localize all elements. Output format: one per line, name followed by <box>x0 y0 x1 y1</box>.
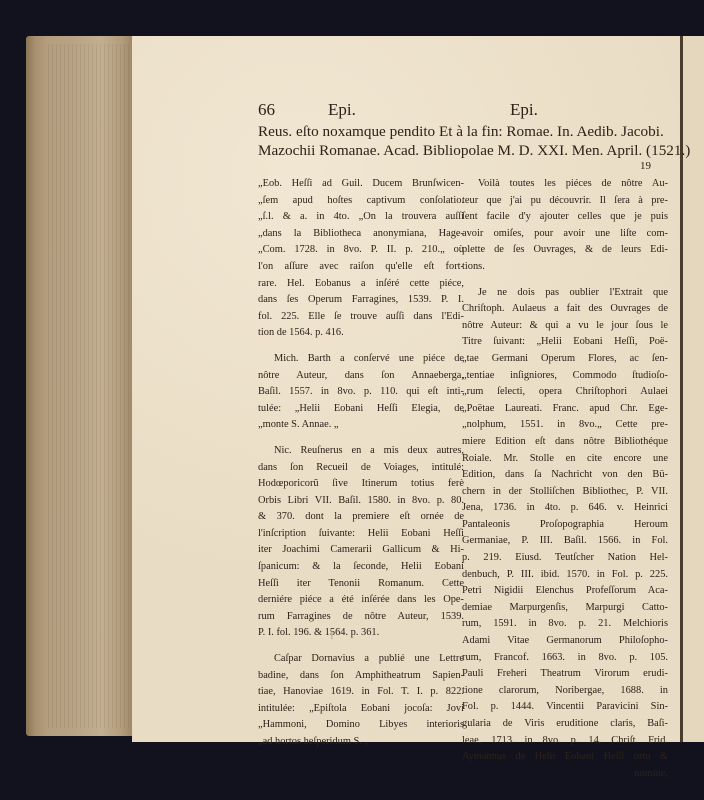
paragraph: Voilà toutes les piéces de nôtre Au- teu… <box>462 176 668 276</box>
text-line: tulée: „Helii Eobani Heſſi Elegia, de <box>258 401 464 418</box>
text-line: ſent facile d'y ajouter celles que je pu… <box>462 209 668 226</box>
text-line: Aymannus de Helii Eobani Heſſi ortu & <box>462 749 668 766</box>
text-line: teur que j'ai pu découvrir. Il ſera à pr… <box>462 193 668 210</box>
text-line: chern in der Stolliſchen Bibliothec, P. … <box>462 484 668 501</box>
text-line: tione clarorum, Noribergae, 1688. in <box>462 683 668 700</box>
text-line: demiae Marpurgenſis, Marpurgi Catto- <box>462 600 668 617</box>
text-line: Orbis Libri VII. Baſil. 1580. in 8vo. p.… <box>258 493 464 510</box>
text-line: Nic. Reuſnerus en a mis deux autres, <box>258 443 464 460</box>
intro-line: Mazochii Romanae. Acad. Bibliopolae M. D… <box>258 141 678 160</box>
text-line: Pantaleonis Proſopographia Heroum <box>462 517 668 534</box>
text-line: Chriſtoph. Aulaeus a fait des Ouvrages d… <box>462 301 668 318</box>
signature-mark: I <box>330 630 334 642</box>
running-header: 66 Epi. Epi. <box>258 100 678 120</box>
text-line: l'on aſſure avec raiſon qu'elle eſt fort… <box>258 259 464 276</box>
text-line: „monte S. Annae. „ <box>258 417 464 434</box>
text-line: rum, Francof. 1663. in 8vo. p. 105. <box>462 650 668 667</box>
text-line: derniére piéce a été inſérée dans les Op… <box>258 592 464 609</box>
text-line: „ſ.l. & a. in 4to. „On la trouvera auſſi <box>258 209 464 226</box>
text-line: Caſpar Dornavius a publié une Lettre <box>258 651 464 668</box>
text-line: denbuch, P. III. ibid. 1570. in Fol. p. … <box>462 567 668 584</box>
text-line: Adami Vitae Germanorum Philoſopho- <box>462 633 668 650</box>
text-line: Pauli Freheri Theatrum Virorum erudi- <box>462 666 668 683</box>
text-line: „Hammoni, Domino Libyes interioris <box>258 717 464 734</box>
text-line: fol. 225. Elle ſe trouve auſſi dans l'Ed… <box>258 309 464 326</box>
text-line: „tae Germani Operum Flores, ac ſen- <box>462 351 668 368</box>
running-head-right: Epi. <box>510 100 538 120</box>
text-line: „Eob. Heſſi ad Guil. Ducem Brunſwicen- <box>258 176 464 193</box>
text-line: & 370. dont la premiere eſt ornée de <box>258 509 464 526</box>
text-line: Titre ſuivant: „Helii Eobani Heſſi, Poë- <box>462 334 668 351</box>
paragraph: Caſpar Dornavius a publié une Lettre bad… <box>258 651 464 751</box>
paragraph: „Eob. Heſſi ad Guil. Ducem Brunſwicen- „… <box>258 176 464 342</box>
right-column: Voilà toutes les piéces de nôtre Au- teu… <box>462 176 668 791</box>
text-line: „nolphum, 1551. in 8vo.„ Cette pre- <box>462 417 668 434</box>
text-line: tion de 1564. p. 416. <box>258 325 464 342</box>
text-line: Hodœporicorũ ſive Itinerum totius ferè <box>258 476 464 493</box>
text-line: p. 219. Eiusd. Teutſcher Nation Hel- <box>462 550 668 567</box>
text-line: dans ſon Recueil de Voiages, intitulé: <box>258 460 464 477</box>
text-line: avoir omiſes, pour avoir une liſte com- <box>462 226 668 243</box>
text-line: Germaniae, P. III. Baſil. 1566. in Fol. <box>462 533 668 550</box>
left-column: „Eob. Heſſi ad Guil. Ducem Brunſwicen- „… <box>258 176 464 760</box>
text-line: plette de ſes Ouvrages, & de leurs Edi- <box>462 242 668 259</box>
text-line: Baſil. 1557. in 8vo. p. 110. qui eſt int… <box>258 384 464 401</box>
text-line: „tentiae inſigniores, Commodo ſtudioſo- <box>462 368 668 385</box>
text-line: tions. <box>462 259 668 276</box>
paragraph: Mich. Barth a conſervé une piéce de nôtr… <box>258 351 464 434</box>
intro-line: Reus. eſto noxamque pendito Et à la fin:… <box>258 122 678 141</box>
text-line: Voilà toutes les piéces de nôtre Au- <box>462 176 668 193</box>
text-line: rum Farragines de nôtre Auteur, 1539. <box>258 609 464 626</box>
text-line: Petri Nigidii Elenchus Profeſſorum Aca- <box>462 583 668 600</box>
text-line: „ad hortos heſperidum S. „ <box>258 734 464 751</box>
text-line: „dans la Bibliotheca anonymiana, Hage- <box>258 226 464 243</box>
text-line: „rum ſelecti, opera Chriſtophori Aulaei <box>462 384 668 401</box>
text-line: Roiale. Mr. Stolle en cite encore une <box>462 451 668 468</box>
text-line: miere Edition eſt dans nôtre Bibliothéqu… <box>462 434 668 451</box>
intro-text: Reus. eſto noxamque pendito Et à la fin:… <box>258 122 678 160</box>
text-line: Jena, 1736. in 4to. p. 646. v. Heinrici <box>462 500 668 517</box>
text-line: badine, dans ſon Amphitheatrum Sapien- <box>258 668 464 685</box>
text-line: nôtre Auteur, dans ſon Annaeberga, <box>258 368 464 385</box>
text-line: rum, 1591. in 8vo. p. 21. Melchioris <box>462 616 668 633</box>
text-line: iter Joachimi Camerarii Gallicum & Hi- <box>258 542 464 559</box>
text-line: „Com. 1728. in 8vo. P. II. p. 210.„ où <box>258 242 464 259</box>
text-line: „ſem apud hoſtes captivum conſolatio. <box>258 193 464 210</box>
text-line: dans ſes Operum Farragines, 1539. P. I. <box>258 292 464 309</box>
catchword-top: 19 <box>640 160 651 172</box>
paragraph: Nic. Reuſnerus en a mis deux autres, dan… <box>258 443 464 642</box>
text-line: Fol. p. 1444. Vincentii Paravicini Sin- <box>462 699 668 716</box>
text-line: tiae, Hanoviae 1619. in Fol. T. I. p. 82… <box>258 684 464 701</box>
text-line: l'inſcription ſuivante: Helii Eobani Heſ… <box>258 526 464 543</box>
text-line: ſpanicum: & la ſeconde, Helii Eobani <box>258 559 464 576</box>
text-line: nôtre Auteur: & qui a vu le jour ſous le <box>462 318 668 335</box>
paragraph: Je ne dois pas oublier l'Extrait que Chr… <box>462 285 668 783</box>
text-line: Je ne dois pas oublier l'Extrait que <box>462 285 668 302</box>
text-line: intitulée: „Epiſtola Eobani jocoſa: Jovi <box>258 701 464 718</box>
text-line: P. I. fol. 196. & 1564. p. 361. <box>258 625 464 642</box>
text-line: „Poëtae Laureati. Franc. apud Chr. Ege- <box>462 401 668 418</box>
text-line: gularia de Viris eruditione claris, Baſi… <box>462 716 668 733</box>
running-head-left: Epi. <box>328 100 356 120</box>
book-fore-edge <box>26 36 134 736</box>
text-line: Edition, dans ſa Nachricht von den Bü- <box>462 467 668 484</box>
catchword: nomine, <box>462 766 668 783</box>
text-line: Heſſi iter Tenonii Romanum. Cette <box>258 576 464 593</box>
text-line: rare. Hel. Eobanus a inſéré cette piéce, <box>258 276 464 293</box>
text-line: leae, 1713. in 8vo. p. 14. Chriſt. Frid. <box>462 733 668 750</box>
text-line: Mich. Barth a conſervé une piéce de <box>258 351 464 368</box>
page-number: 66 <box>258 100 275 120</box>
